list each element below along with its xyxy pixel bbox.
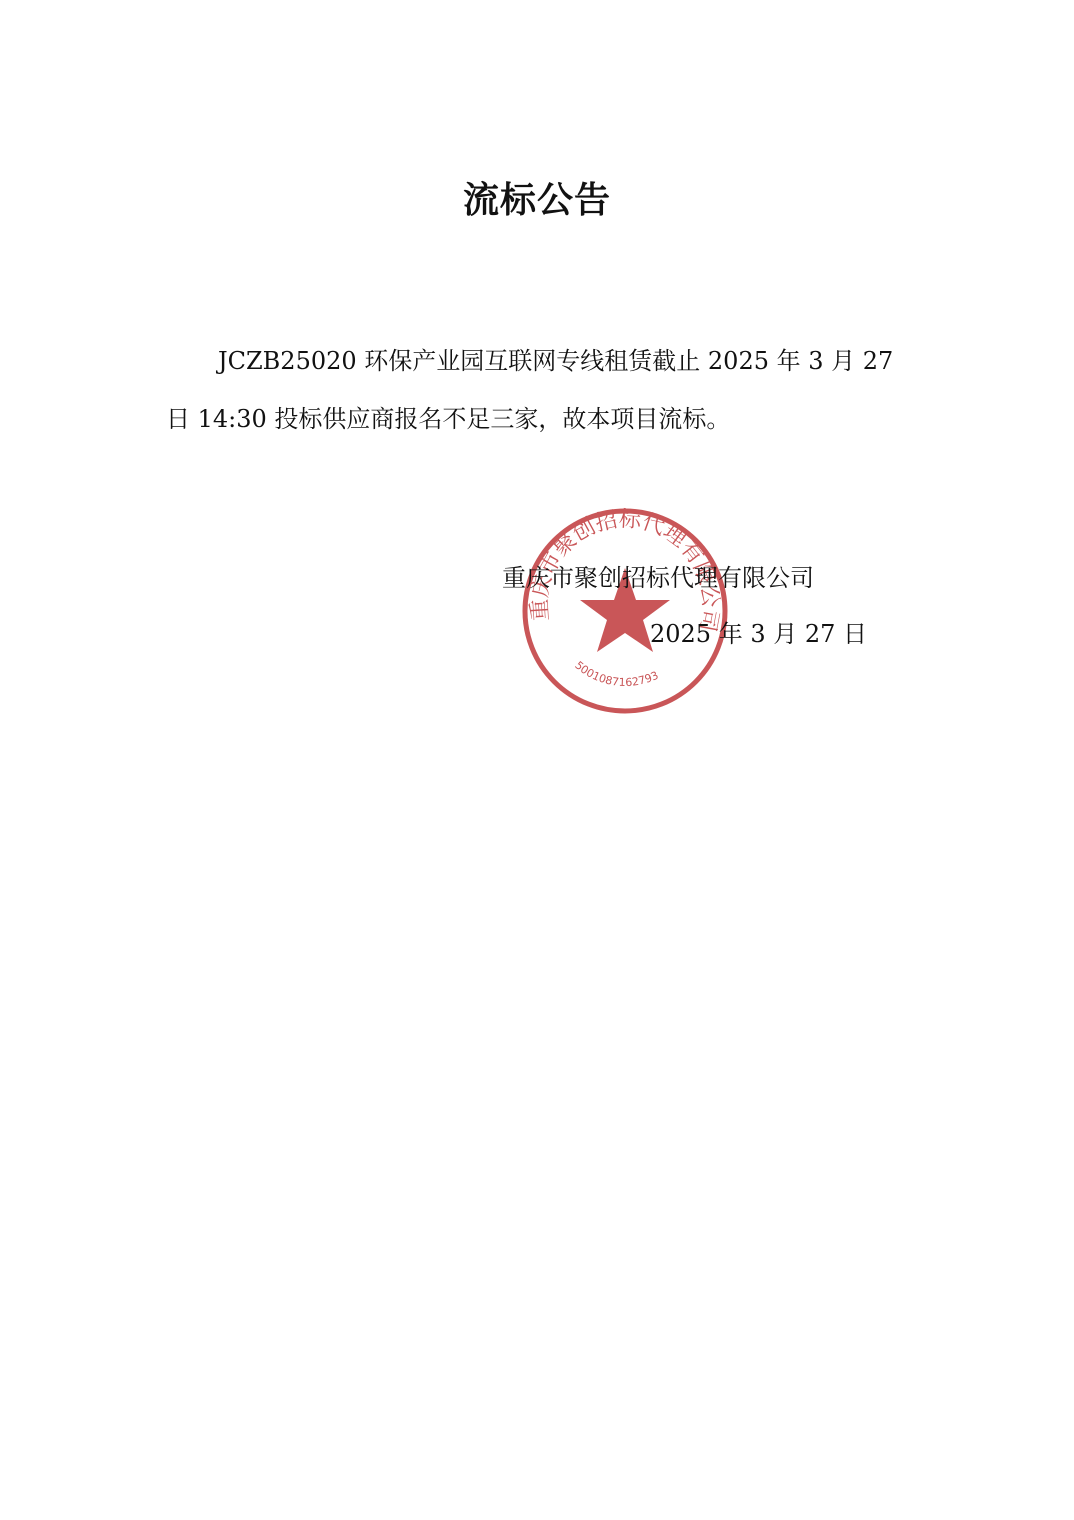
page-title: 流标公告 (0, 172, 1074, 223)
announcement-body: JCZB25020 环保产业园互联网专线租赁截止 2025 年 3 月 27 日… (166, 332, 916, 448)
company-name: 重庆市聚创招标代理有限公司 (502, 558, 814, 593)
company-seal-icon: 重庆市聚创招标代理有限公司 5001087162793 (520, 506, 730, 716)
svg-text:5001087162793: 5001087162793 (572, 659, 660, 689)
signature-date: 2025 年 3 月 27 日 (650, 614, 867, 649)
